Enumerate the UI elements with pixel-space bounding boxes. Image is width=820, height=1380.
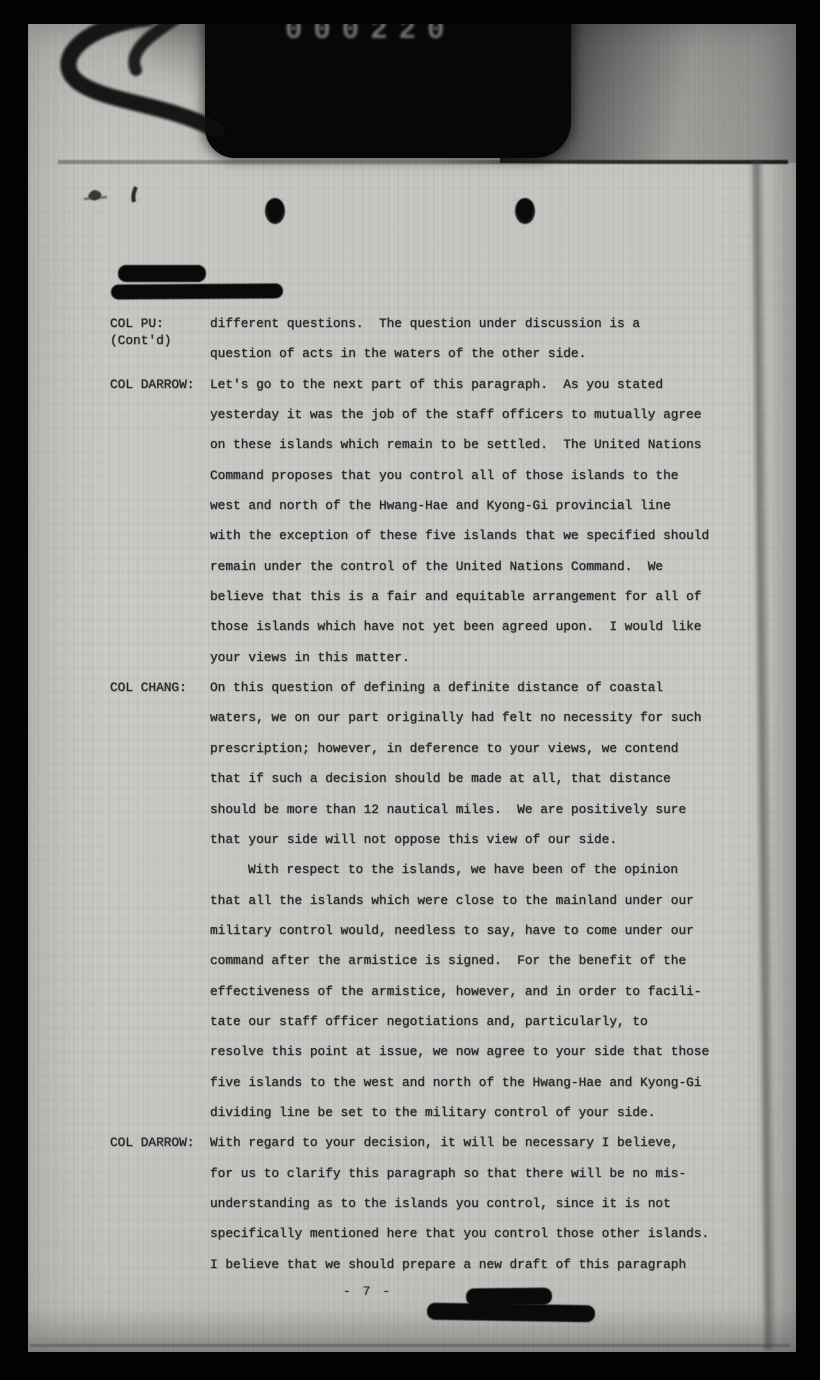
transcript-line: your views in this matter. [0,643,820,673]
speaker-label: (Cont'd) [110,326,171,356]
transcript-text: for us to clarify this paragraph so that… [210,1159,820,1189]
transcript-text: dividing line be set to the military con… [210,1098,820,1128]
transcript-text: five islands to the west and north of th… [210,1068,820,1098]
transcript-text: effectiveness of the armistice, however,… [210,977,820,1007]
transcript-text: Let's go to the next part of this paragr… [210,370,820,400]
transcript-line: west and north of the Hwang-Hae and Kyon… [0,491,820,521]
transcript-text: that if such a decision should be made a… [210,764,820,794]
transcript-text: Command proposes that you control all of… [210,461,820,491]
transcript-text: With respect to the islands, we have bee… [210,855,820,885]
transcript-text: your views in this matter. [210,643,820,673]
transcript-text: prescription; however, in deference to y… [210,734,820,764]
transcript-line: specifically mentioned here that you con… [0,1219,820,1249]
redaction-bar [118,265,206,282]
speaker-label: COL CHANG: [110,673,187,703]
transcript-line: that all the islands which were close to… [0,886,820,916]
speaker-label: COL DARROW: [110,1128,194,1158]
transcript-line: understanding as to the islands you cont… [0,1189,820,1219]
transcript-line: COL CHANG:On this question of defining a… [0,673,820,703]
transcript: COL PU:different questions. The question… [0,309,820,1280]
transcript-text: command after the armistice is signed. F… [210,946,820,976]
transcript-text: tate our staff officer negotiations and,… [210,1007,820,1037]
transcript-line: tate our staff officer negotiations and,… [0,1007,820,1037]
transcript-line: COL DARROW:Let's go to the next part of … [0,370,820,400]
transcript-text: On this question of defining a definite … [210,673,820,703]
transcript-line: with the exception of these five islands… [0,521,820,551]
ink-mark [80,182,160,212]
transcript-line: five islands to the west and north of th… [0,1068,820,1098]
punch-hole [515,198,535,224]
transcript-line: on these islands which remain to be sett… [0,430,820,460]
transcript-line: should be more than 12 nautical miles. W… [0,795,820,825]
transcript-text: yesterday it was the job of the staff of… [210,400,820,430]
film-border-top [0,0,820,24]
page-number: - 7 - [343,1284,392,1299]
transcript-text: resolve this point at issue, we now agre… [210,1037,820,1067]
transcript-text: question of acts in the waters of the ot… [210,339,820,369]
transcript-line: those islands which have not yet been ag… [0,612,820,642]
transcript-text: that all the islands which were close to… [210,886,820,916]
transcript-line: remain under the control of the United N… [0,552,820,582]
transcript-text: waters, we on our part originally had fe… [210,703,820,733]
redaction-bar [427,1303,595,1323]
transcript-line: that your side will not oppose this view… [0,825,820,855]
sheet-bottom-edge [30,1344,790,1347]
transcript-line: for us to clarify this paragraph so that… [0,1159,820,1189]
transcript-text: west and north of the Hwang-Hae and Kyon… [210,491,820,521]
transcript-line: that if such a decision should be made a… [0,764,820,794]
transcript-text: those islands which have not yet been ag… [210,612,820,642]
transcript-line: COL DARROW:With regard to your decision,… [0,1128,820,1158]
transcript-text: I believe that we should prepare a new d… [210,1250,820,1280]
transcript-text: on these islands which remain to be sett… [210,430,820,460]
transcript-line: I believe that we should prepare a new d… [0,1250,820,1280]
transcript-line: Command proposes that you control all of… [0,461,820,491]
transcript-text: military control would, needless to say,… [210,916,820,946]
redaction-bar [111,283,283,299]
transcript-text: believe that this is a fair and equitabl… [210,582,820,612]
transcript-line: dividing line be set to the military con… [0,1098,820,1128]
transcript-text: remain under the control of the United N… [210,552,820,582]
transcript-text: specifically mentioned here that you con… [210,1219,820,1249]
transcript-line: command after the armistice is signed. F… [0,946,820,976]
film-border-bottom [0,1352,820,1380]
transcript-line: military control would, needless to say,… [0,916,820,946]
transcript-text: understanding as to the islands you cont… [210,1189,820,1219]
speaker-label: COL DARROW: [110,370,194,400]
transcript-text: that your side will not oppose this view… [210,825,820,855]
punch-hole [265,198,285,224]
microfilm-frame: 000220 FROM COL PU:different questions. … [0,0,820,1380]
transcript-text: with the exception of these five islands… [210,521,820,551]
transcript-line: waters, we on our part originally had fe… [0,703,820,733]
transcript-line: yesterday it was the job of the staff of… [0,400,820,430]
transcript-line: With respect to the islands, we have bee… [0,855,820,885]
transcript-text: With regard to your decision, it will be… [210,1128,820,1158]
transcript-line: believe that this is a fair and equitabl… [0,582,820,612]
cable-icon [20,6,250,156]
transcript-line: effectiveness of the armistice, however,… [0,977,820,1007]
transcript-line: resolve this point at issue, we now agre… [0,1037,820,1067]
transcript-text: should be more than 12 nautical miles. W… [210,795,820,825]
transcript-line: (Cont'd)question of acts in the waters o… [0,339,820,369]
transcript-text: different questions. The question under … [210,309,820,339]
transcript-line: prescription; however, in deference to y… [0,734,820,764]
